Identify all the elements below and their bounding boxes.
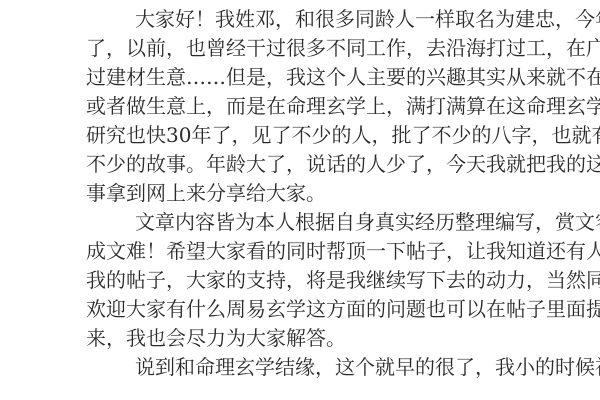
paragraph-origin: 说到和命理玄学结缘，这个就早的很了，我小的时候社会风: [86, 353, 510, 382]
text-line: 我的帖子，大家的支持，将是我继续写下去的动力，当然同时也: [86, 266, 510, 295]
text-line: 说到和命理玄学结缘，这个就早的很了，我小的时候社会风: [86, 353, 510, 382]
text-line: 事拿到网上来分享给大家。: [86, 179, 510, 208]
text-line: 过建材生意……但是，我这个人主要的兴趣其实从来就不在打工: [86, 63, 510, 92]
text-line: 了，以前，也曾经干过很多不同工作，去沿海打过工，在广东做: [86, 34, 510, 63]
text-line: 不少的故事。年龄大了，说话的人少了，今天我就把我的这些故: [86, 150, 510, 179]
text-line: 或者做生意上，而是在命理玄学上，满打满算在这命理玄学上的: [86, 92, 510, 121]
text-line: 大家好！我姓邓，和很多同龄人一样取名为建忠，今年55: [86, 5, 510, 34]
paragraph-notice: 文章内容皆为本人根据自身真实经历整理编写，赏文容易， 成文难！希望大家看的同时帮…: [86, 208, 510, 353]
text-line: 欢迎大家有什么周易玄学这方面的问题也可以在帖子里面提出: [86, 295, 510, 324]
text-line: 研究也快30年了，见了不少的人，批了不少的八字，也就有了: [86, 121, 510, 150]
document-page: 大家好！我姓邓，和很多同龄人一样取名为建忠，今年55 了，以前，也曾经干过很多不…: [0, 0, 600, 400]
text-line: 来，我也会尽力为大家解答。: [86, 324, 510, 353]
text-line: 文章内容皆为本人根据自身真实经历整理编写，赏文容易，: [86, 208, 510, 237]
article-body: 大家好！我姓邓，和很多同龄人一样取名为建忠，今年55 了，以前，也曾经干过很多不…: [86, 5, 510, 382]
paragraph-intro: 大家好！我姓邓，和很多同龄人一样取名为建忠，今年55 了，以前，也曾经干过很多不…: [86, 5, 510, 208]
text-line: 成文难！希望大家看的同时帮顶一下帖子，让我知道还有人喜欢: [86, 237, 510, 266]
